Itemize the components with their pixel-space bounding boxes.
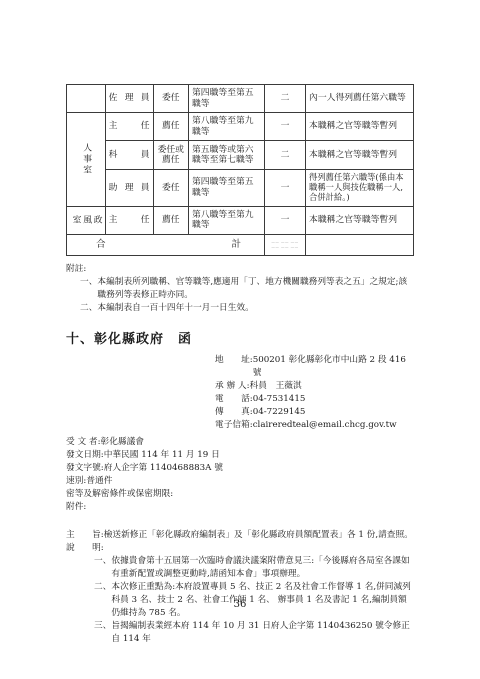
notes-label: 附註: (66, 263, 414, 276)
contact-block: 地 址: 500201 彰化縣彰化市中山路 2 段 416 號 承 辦 人: 科… (215, 354, 414, 432)
remarks-cell: 內一人得列薦任第六職等 (306, 85, 414, 113)
total-label-right: 計 (231, 239, 241, 250)
meta-label: 受 文 者: (66, 436, 101, 449)
meta-line-classification: 密等及解密條件或保密期限: (66, 488, 414, 501)
note-item: 二、本編制表自一百十四年十一月一日生效。 (80, 302, 414, 315)
meta-line-priority: 速別: 普通件 (66, 475, 414, 488)
meta-label: 密等及解密條件或保密期限: (66, 488, 173, 501)
contact-line-email: 電子信箱: claireredteal@email.chcg.gov.tw (215, 419, 414, 432)
grades-cell: 第八職等至第九職等 (189, 206, 265, 234)
contact-line-handler: 承 辦 人: 科員 王薇淇 (215, 380, 414, 393)
group-label-cell (67, 85, 106, 113)
total-count-microtext: —— —— —— (268, 240, 302, 245)
job-title-cell: 科員 (105, 141, 153, 170)
meta-value: 彰化縣議會 (101, 436, 414, 449)
job-title-cell: 助理員 (105, 170, 153, 206)
meta-label: 速別: (66, 475, 86, 488)
meta-line-recipient: 受 文 者: 彰化縣議會 (66, 436, 414, 449)
contact-label: 地 址: (215, 354, 253, 367)
rank-cell: 薦任 (153, 113, 188, 141)
section-heading: 十、彰化縣政府 函 (66, 328, 414, 347)
group-label: 人事室 (81, 143, 92, 175)
remarks-cell: 本職稱之官等職等暫列 (306, 206, 414, 234)
remarks-cell: 本職稱之官等職等暫列 (306, 141, 414, 170)
meta-label: 發文日期: (66, 449, 104, 462)
contact-line-fax: 傳 真: 04-7229145 (215, 406, 414, 419)
contact-value: claireredteal@email.chcg.gov.tw (253, 419, 414, 432)
meta-value: 普通件 (86, 475, 414, 488)
table-row: 政風室 主任 薦任 第八職等至第九職等 一 本職稱之官等職等暫列 (67, 206, 414, 234)
job-title-cell: 主任 (105, 113, 153, 141)
job-title-cell: 佐理員 (105, 85, 153, 113)
explanation-label: 說 明: (66, 542, 104, 555)
total-remarks-cell (306, 234, 414, 255)
contact-label: 電子信箱: (215, 419, 253, 432)
meta-label: 附件: (66, 501, 86, 514)
contact-line-phone: 電 話: 04-7531415 (215, 393, 414, 406)
meta-value: 府人企字第 1140468883A 號 (104, 462, 414, 475)
count-cell: 一 (264, 113, 305, 141)
grades-cell: 第五職等或第六職等至第七職等 (189, 141, 265, 170)
meta-line-date: 發文日期: 中華民國 114 年 11 月 19 日 (66, 449, 414, 462)
contact-label: 承 辦 人: (215, 380, 250, 393)
contact-label: 傳 真: (215, 406, 253, 419)
group-label-cell: 人事室 (67, 113, 106, 206)
grades-cell: 第四職等至第五職等 (189, 85, 265, 113)
table-row: 助理員 委任 第四職等至第五職等 一 得列薦任第六職等(係由本職稱一人與技佐職稱… (67, 170, 414, 206)
rank-cell: 委任 (153, 170, 188, 206)
explanation-line: 說 明: (66, 542, 414, 555)
subject-text: 檢送新修正「彰化縣政府編制表」及「彰化縣政府員額配置表」各 1 份,請查照。 (104, 529, 414, 542)
document-page: 佐理員 委任 第四職等至第五職等 二 內一人得列薦任第六職等 人事室 主任 薦任… (0, 0, 480, 679)
contact-value: 04-7229145 (253, 406, 414, 419)
rank-cell: 薦任 (153, 206, 188, 234)
count-cell: 一 (264, 170, 305, 206)
total-count-cell: —— —— —— —— —— —— (264, 234, 305, 255)
subject-line: 主 旨: 檢送新修正「彰化縣政府編制表」及「彰化縣政府員額配置表」各 1 份,請… (66, 529, 414, 542)
explanation-item: 一、依據貴會第十五屆第一次臨時會議決議案附帶意見三:「今後縣府各局室各課如有重新… (94, 555, 414, 581)
meta-line-docnumber: 發文字號: 府人企字第 1140468883A 號 (66, 462, 414, 475)
contact-value: 04-7531415 (253, 393, 414, 406)
meta-line-attachment: 附件: (66, 501, 414, 514)
contact-value: 500201 彰化縣彰化市中山路 2 段 416 號 (253, 354, 414, 380)
staffing-table: 佐理員 委任 第四職等至第五職等 二 內一人得列薦任第六職等 人事室 主任 薦任… (66, 84, 414, 256)
table-row: 科員 委任或薦任 第五職等或第六職等至第七職等 二 本職稱之官等職等暫列 (67, 141, 414, 170)
rank-cell: 委任 (153, 85, 188, 113)
explanation-item: 三、旨揭編制表業經本府 114 年 10 月 31 日府人企字第 1140436… (94, 620, 414, 646)
job-title-cell: 主任 (105, 206, 153, 234)
group-label-cell: 政風室 (67, 206, 106, 234)
meta-block: 受 文 者: 彰化縣議會 發文日期: 中華民國 114 年 11 月 19 日 … (66, 436, 414, 514)
total-row: 合 計 —— —— —— —— —— —— (67, 234, 414, 255)
contact-value: 科員 王薇淇 (250, 380, 414, 393)
meta-label: 發文字號: (66, 462, 104, 475)
page-number: 36 (0, 599, 480, 610)
total-count-microtext: —— —— —— (268, 245, 302, 250)
count-cell: 一 (264, 206, 305, 234)
contact-label: 電 話: (215, 393, 253, 406)
remarks-cell: 得列薦任第六職等(係由本職稱一人與技佐職稱一人,合併計給。) (306, 170, 414, 206)
contact-line-address: 地 址: 500201 彰化縣彰化市中山路 2 段 416 號 (215, 354, 414, 380)
total-label-left: 合 (96, 239, 106, 250)
table-row: 人事室 主任 薦任 第八職等至第九職等 一 本職稱之官等職等暫列 (67, 113, 414, 141)
count-cell: 二 (264, 141, 305, 170)
meta-value: 中華民國 114 年 11 月 19 日 (104, 449, 414, 462)
table-row: 佐理員 委任 第四職等至第五職等 二 內一人得列薦任第六職等 (67, 85, 414, 113)
rank-cell: 委任或薦任 (153, 141, 188, 170)
notes-block: 附註: 一、本編制表所列職稱、官等職等,應適用「丁、地方機關職務列等表之五」之規… (66, 263, 414, 315)
subject-block: 主 旨: 檢送新修正「彰化縣政府編制表」及「彰化縣政府員額配置表」各 1 份,請… (66, 529, 414, 646)
count-cell: 二 (264, 85, 305, 113)
grades-cell: 第八職等至第九職等 (189, 113, 265, 141)
subject-label: 主 旨: (66, 529, 104, 542)
grades-cell: 第四職等至第五職等 (189, 170, 265, 206)
group-label: 政風室 (70, 210, 102, 231)
document-content: 佐理員 委任 第四職等至第五職等 二 內一人得列薦任第六職等 人事室 主任 薦任… (66, 84, 414, 646)
total-label-cell: 合 計 (67, 234, 265, 255)
note-item: 一、本編制表所列職稱、官等職等,應適用「丁、地方機關職務列等表之五」之規定;該職… (80, 276, 414, 302)
remarks-cell: 本職稱之官等職等暫列 (306, 113, 414, 141)
